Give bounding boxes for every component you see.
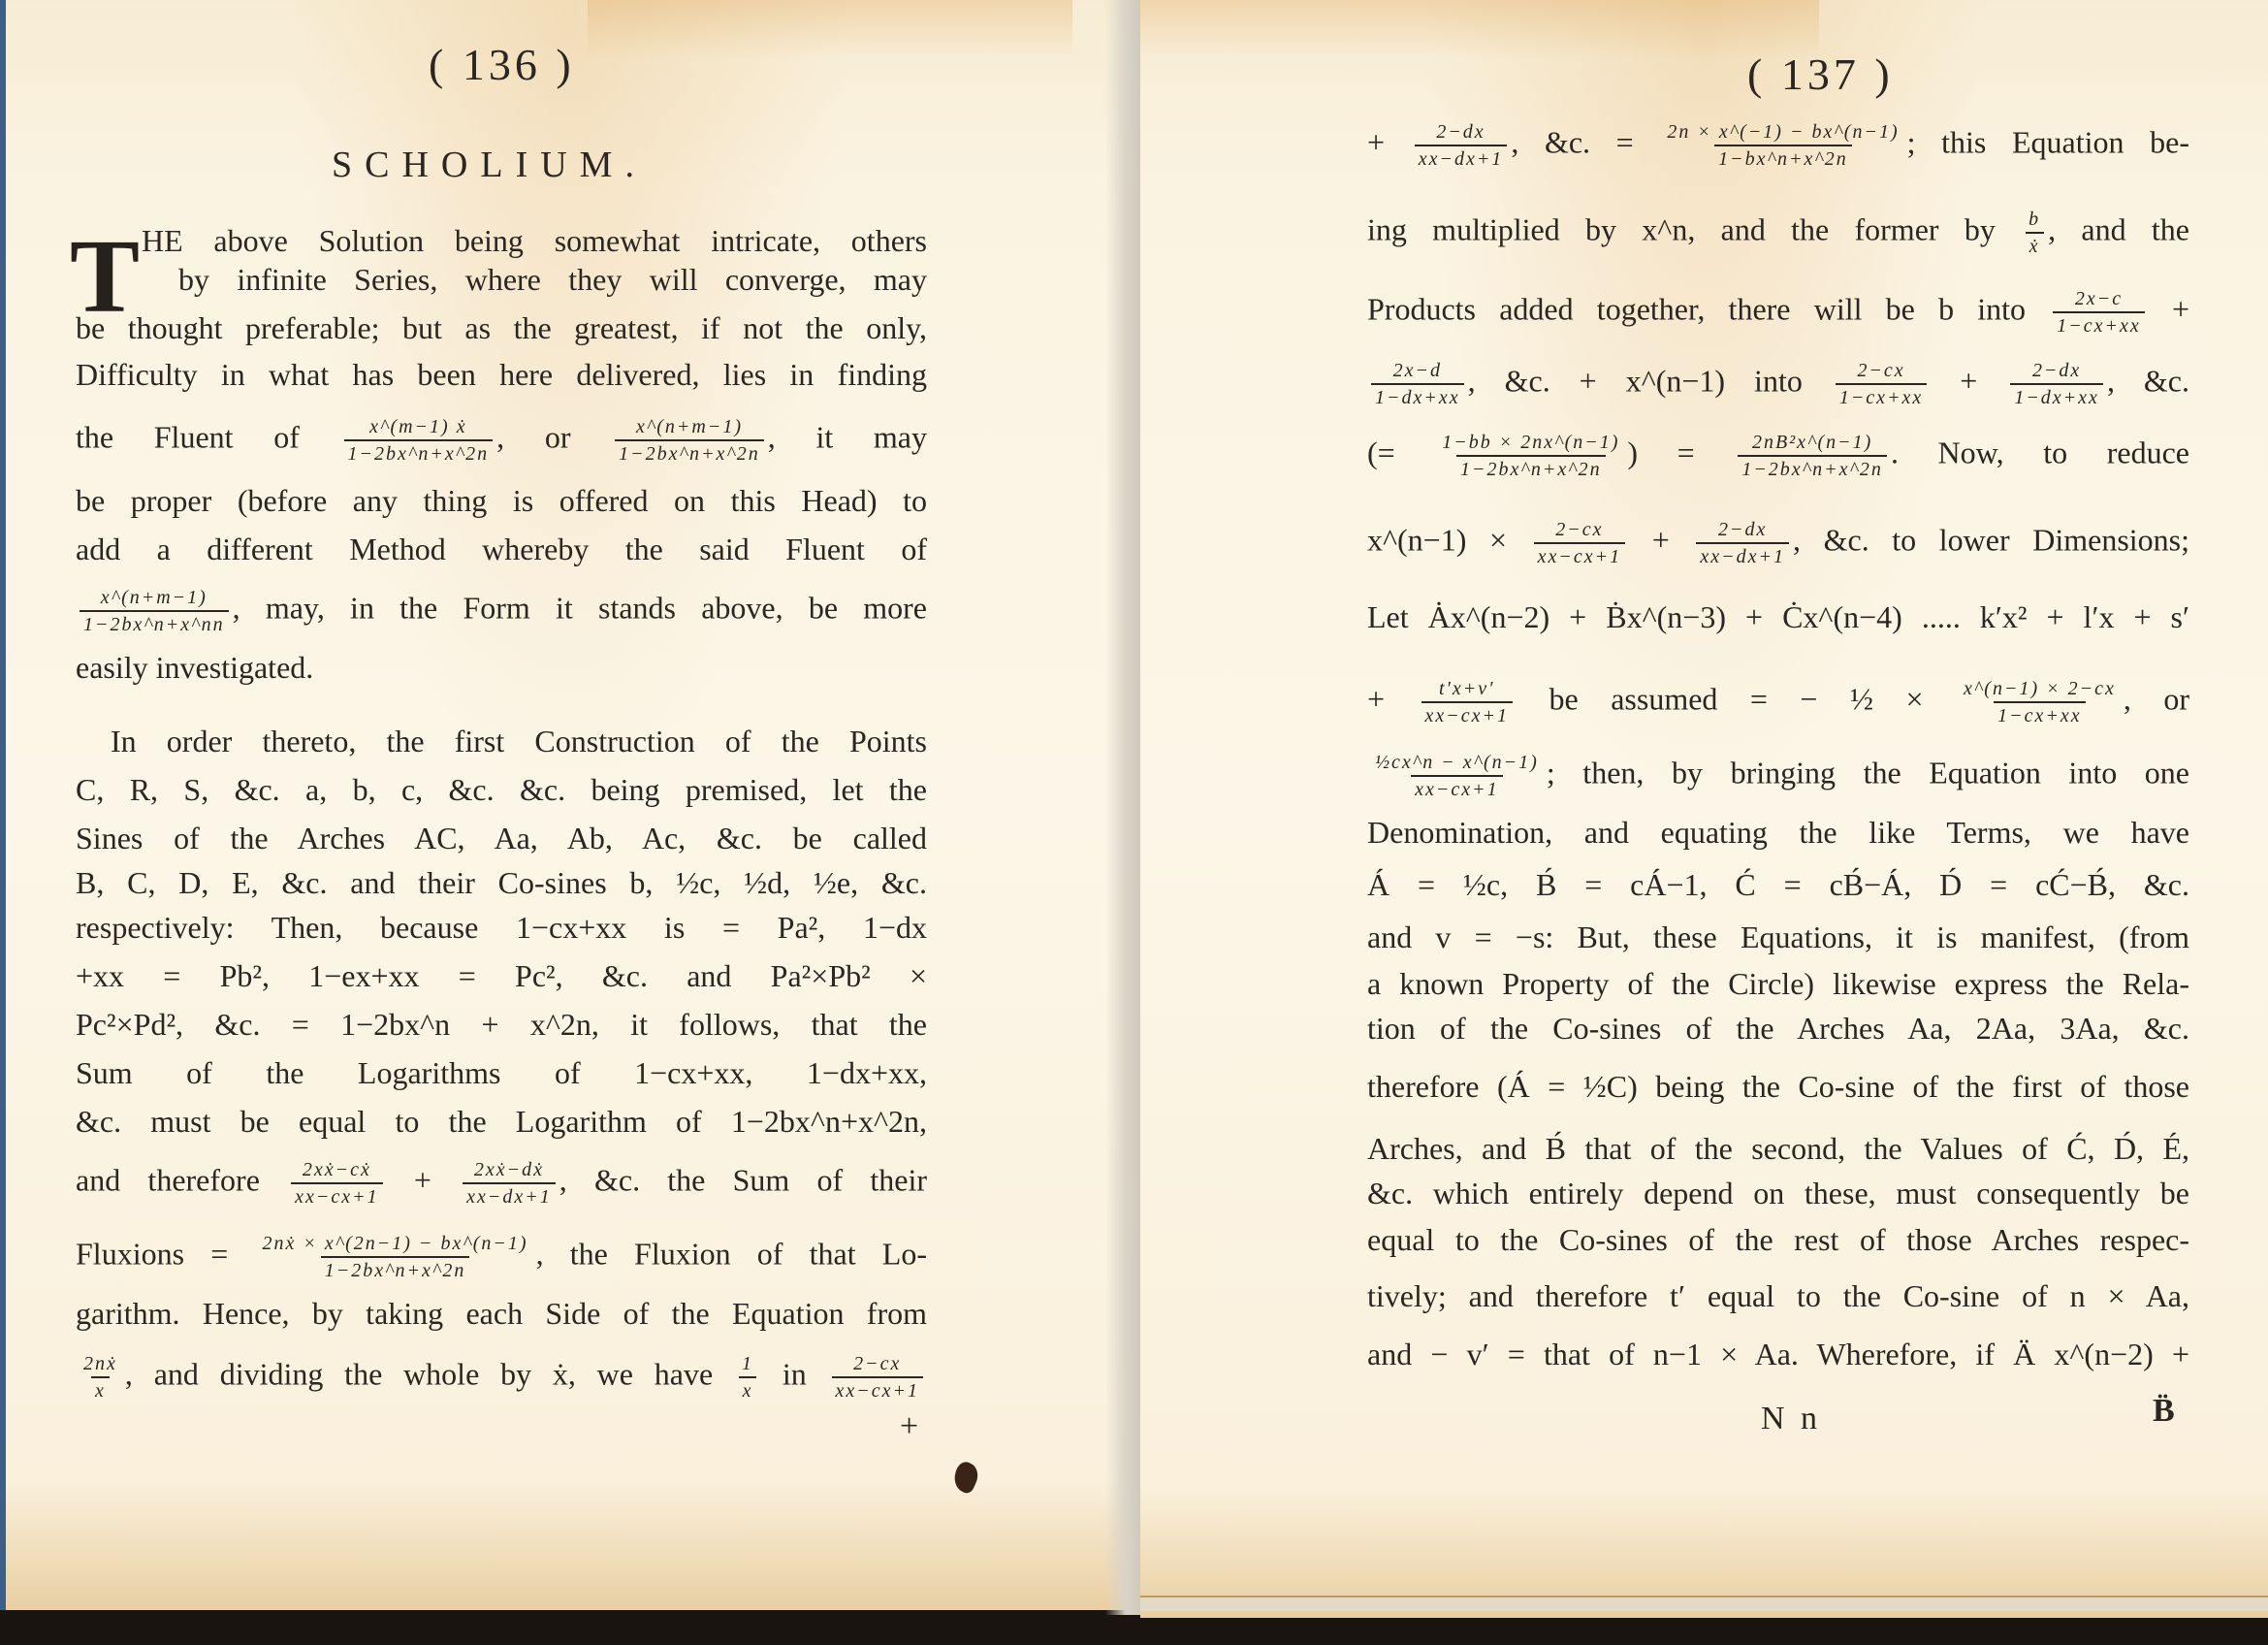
text-line: +xx = Pb², 1−ex+xx = Pc², &c. and Pa²×Pb…: [76, 960, 927, 991]
text-line: HE above Solution being somewhat intrica…: [142, 225, 927, 256]
fraction: 2−dxxx−dx+1: [1415, 122, 1508, 169]
text-line: Denomination, and equating the like Term…: [1367, 817, 2189, 848]
fraction-denominator: 1−2bx^n+x^2n: [1456, 455, 1606, 479]
page-number: ( 136 ): [429, 39, 575, 90]
fraction-denominator: x: [739, 1376, 757, 1401]
fraction-numerator: 2−dx: [2028, 361, 2085, 383]
text-line: easily investigated.: [76, 652, 927, 683]
fraction-denominator: 1−2bx^n+x^2n: [1738, 455, 1887, 479]
fraction-denominator: 1−2bx^n+x^nn: [80, 610, 229, 634]
paper-stain: [1140, 0, 1819, 58]
fraction: t′x+v′xx−cx+1: [1421, 679, 1514, 726]
text-line: garithm. Hence, by taking each Side of t…: [76, 1298, 927, 1329]
fraction-denominator: xx−dx+1: [463, 1182, 556, 1207]
fraction: 2x−d1−dx+xx: [1371, 361, 1464, 407]
fraction-numerator: x^(n+m−1): [97, 588, 211, 610]
fraction: ½cx^n − x^(n−1)xx−cx+1: [1371, 753, 1543, 799]
fraction-denominator: 1−2bx^n+x^2n: [615, 439, 764, 464]
fraction-numerator: 2−cx: [1551, 520, 1607, 542]
fraction-numerator: 2xẋ−cẋ: [299, 1160, 375, 1182]
fraction: 2−dx1−dx+xx: [2010, 361, 2103, 407]
fraction-denominator: xx−cx+1: [832, 1376, 924, 1401]
text-line: Á = ½c, B́ = cÁ−1, Ć = cB́−Á, D́ = cĆ−B́…: [1367, 869, 2189, 900]
text-line: &c. which entirely depend on these, must…: [1367, 1177, 2189, 1209]
text-line: In order thereto, the first Construction…: [111, 726, 927, 757]
fraction: 2xẋ−dẋxx−dx+1: [463, 1160, 556, 1207]
fraction-numerator: b: [2025, 210, 2044, 232]
text-line: x^(n−1) × 2−cxxx−cx+1 + 2−dxxx−dx+1, &c.…: [1367, 520, 2189, 566]
text-line: 2nẋx, and dividing the whole by ẋ, we ha…: [76, 1354, 927, 1401]
catchword: B̈: [2153, 1393, 2175, 1430]
text-line: &c. must be equal to the Logarithm of 1−…: [76, 1106, 927, 1137]
text-line: + t′x+v′xx−cx+1 be assumed = − ½ × x^(n−…: [1367, 679, 2189, 726]
text-line: x^(n+m−1)1−2bx^n+x^nn, may, in the Form …: [76, 588, 927, 634]
fraction: x^(m−1) ẋ1−2bx^n+x^2n: [344, 417, 494, 464]
fraction: 2x−c1−cx+xx: [2053, 289, 2145, 336]
fraction-numerator: x^(m−1) ẋ: [366, 417, 470, 439]
fraction-numerator: 2−dx: [1432, 122, 1488, 145]
fraction-numerator: 2x−c: [2071, 289, 2126, 311]
fraction-denominator: ẋ: [2026, 232, 2044, 256]
paper-stain: [588, 0, 1072, 58]
fraction-numerator: 2−dx: [1714, 520, 1771, 542]
fraction-denominator: xx−cx+1: [1411, 775, 1503, 799]
right-page: ( 137 ) + 2−dxxx−dx+1, &c. = 2n × x^(−1)…: [1140, 0, 2268, 1618]
left-page: ( 136 ) SCHOLIUM. T HE above Solution be…: [6, 0, 1133, 1610]
fraction: 2−cxxx−cx+1: [1534, 520, 1626, 566]
fraction-numerator: 2nẋ: [80, 1354, 121, 1376]
fraction-numerator: 2xẋ−dẋ: [470, 1160, 548, 1182]
text-line: a known Property of the Circle) likewise…: [1367, 968, 2189, 999]
page-bottom-edge: [1140, 1596, 2268, 1611]
fraction-denominator: 1−cx+xx: [1994, 701, 2086, 726]
text-line: therefore (Á = ½C) being the Co-sine of …: [1367, 1071, 2189, 1102]
fraction-denominator: 1−2bx^n+x^2n: [344, 439, 494, 464]
fraction-numerator: t′x+v′: [1435, 679, 1499, 701]
fraction-numerator: 2nẋ × x^(2n−1) − bx^(n−1): [258, 1234, 531, 1256]
fraction: x^(n+m−1)1−2bx^n+x^nn: [80, 588, 229, 634]
text-line: B, C, D, E, &c. and their Co-sines b, ½c…: [76, 867, 927, 898]
fraction-numerator: ½cx^n − x^(n−1): [1371, 753, 1543, 775]
fraction-denominator: xx−dx+1: [1415, 145, 1508, 169]
fraction: 2nẋx: [80, 1354, 121, 1401]
text-line: be thought preferable; but as the greate…: [76, 312, 927, 343]
text-line: Sum of the Logarithms of 1−cx+xx, 1−dx+x…: [76, 1057, 927, 1088]
fraction-denominator: xx−cx+1: [1534, 542, 1626, 566]
text-line: + 2−dxxx−dx+1, &c. = 2n × x^(−1) − bx^(n…: [1367, 122, 2189, 169]
fraction: 2−cx1−cx+xx: [1836, 361, 1928, 407]
fraction: 2−dxxx−dx+1: [1696, 520, 1789, 566]
fraction-denominator: 1−dx+xx: [2010, 383, 2103, 407]
fraction: bẋ: [2025, 210, 2044, 256]
text-line: Let Ȧx^(n−2) + Ḃx^(n−3) + Ċx^(n−4) .....…: [1367, 601, 2189, 632]
catchword: +: [900, 1408, 918, 1445]
fraction-numerator: 2nB²x^(n−1): [1748, 433, 1876, 455]
fraction: 1−bb × 2nx^(n−1)1−2bx^n+x^2n: [1438, 433, 1623, 479]
text-line: be proper (before any thing is offered o…: [76, 485, 927, 516]
fraction-numerator: 2−cx: [849, 1354, 905, 1376]
fraction: 2n × x^(−1) − bx^(n−1)1−bx^n+x^2n: [1663, 122, 1902, 169]
text-line: Sines of the Arches AC, Aa, Ab, Ac, &c. …: [76, 822, 927, 854]
ink-blot: [949, 1459, 982, 1495]
text-line: C, R, S, &c. a, b, c, &c. &c. being prem…: [76, 774, 927, 805]
fraction: 2nB²x^(n−1)1−2bx^n+x^2n: [1738, 433, 1887, 479]
fraction-numerator: 2n × x^(−1) − bx^(n−1): [1663, 122, 1902, 145]
text-line: Fluxions = 2nẋ × x^(2n−1) − bx^(n−1)1−2b…: [76, 1234, 927, 1280]
fraction: 2nẋ × x^(2n−1) − bx^(n−1)1−2bx^n+x^2n: [258, 1234, 531, 1280]
fraction-denominator: xx−cx+1: [1421, 701, 1514, 726]
text-line: tion of the Co-sines of the Arches Aa, 2…: [1367, 1013, 2189, 1044]
text-line: the Fluent of x^(m−1) ẋ1−2bx^n+x^2n, or …: [76, 417, 927, 464]
fraction-denominator: x: [91, 1376, 110, 1401]
fraction-denominator: xx−cx+1: [291, 1182, 383, 1207]
text-line: respectively: Then, because 1−cx+xx is =…: [76, 912, 927, 943]
text-line: ing multiplied by x^n, and the former by…: [1367, 210, 2189, 256]
text-line: and − v′ = that of n−1 × Aa. Wherefore, …: [1367, 1339, 2189, 1370]
fraction-numerator: x^(n−1) × 2−cx: [1960, 679, 2120, 701]
fraction: x^(n+m−1)1−2bx^n+x^2n: [615, 417, 764, 464]
text-line: Difficulty in what has been here deliver…: [76, 359, 927, 390]
text-line: Arches, and B́ that of the second, the V…: [1367, 1133, 2189, 1164]
text-line: (= 1−bb × 2nx^(n−1)1−2bx^n+x^2n) = 2nB²x…: [1367, 433, 2189, 479]
fraction-denominator: 1−bx^n+x^2n: [1714, 145, 1852, 169]
text-line: 2x−d1−dx+xx, &c. + x^(n−1) into 2−cx1−cx…: [1367, 361, 2189, 407]
text-line: add a different Method whereby the said …: [76, 533, 927, 564]
fraction-numerator: 1−bb × 2nx^(n−1): [1438, 433, 1623, 455]
fraction-numerator: 2−cx: [1853, 361, 1908, 383]
fraction-denominator: 1−2bx^n+x^2n: [321, 1256, 470, 1280]
text-line: Pc²×Pd², &c. = 1−2bx^n + x^2n, it follow…: [76, 1009, 927, 1040]
text-line: and therefore 2xẋ−cẋxx−cx+1 + 2xẋ−dẋxx−d…: [76, 1160, 927, 1207]
fraction-numerator: 1: [738, 1354, 757, 1376]
fraction-denominator: xx−dx+1: [1696, 542, 1789, 566]
fraction-denominator: 1−dx+xx: [1371, 383, 1464, 407]
signature-mark: N n: [1761, 1401, 1821, 1437]
book-spread: ( 136 ) SCHOLIUM. T HE above Solution be…: [0, 0, 2268, 1645]
section-heading: SCHOLIUM.: [332, 144, 647, 186]
text-line: ½cx^n − x^(n−1)xx−cx+1; then, by bringin…: [1367, 753, 2189, 799]
text-line: Products added together, there will be b…: [1367, 289, 2189, 336]
fraction-numerator: x^(n+m−1): [632, 417, 747, 439]
text-line: by infinite Series, where they will conv…: [178, 264, 927, 295]
fraction: 2−cxxx−cx+1: [832, 1354, 924, 1401]
text-line: equal to the Co-sines of the rest of tho…: [1367, 1224, 2189, 1255]
page-number: ( 137 ): [1747, 48, 1894, 100]
fraction: 2xẋ−cẋxx−cx+1: [291, 1160, 383, 1207]
fraction-numerator: 2x−d: [1390, 361, 1446, 383]
text-line: and v = −s: But, these Equations, it is …: [1367, 921, 2189, 952]
fraction: x^(n−1) × 2−cx1−cx+xx: [1960, 679, 2120, 726]
text-line: tively; and therefore t′ equal to the Co…: [1367, 1280, 2189, 1311]
fraction-denominator: 1−cx+xx: [1836, 383, 1928, 407]
fraction-denominator: 1−cx+xx: [2053, 311, 2145, 336]
fraction: 1x: [738, 1354, 757, 1401]
